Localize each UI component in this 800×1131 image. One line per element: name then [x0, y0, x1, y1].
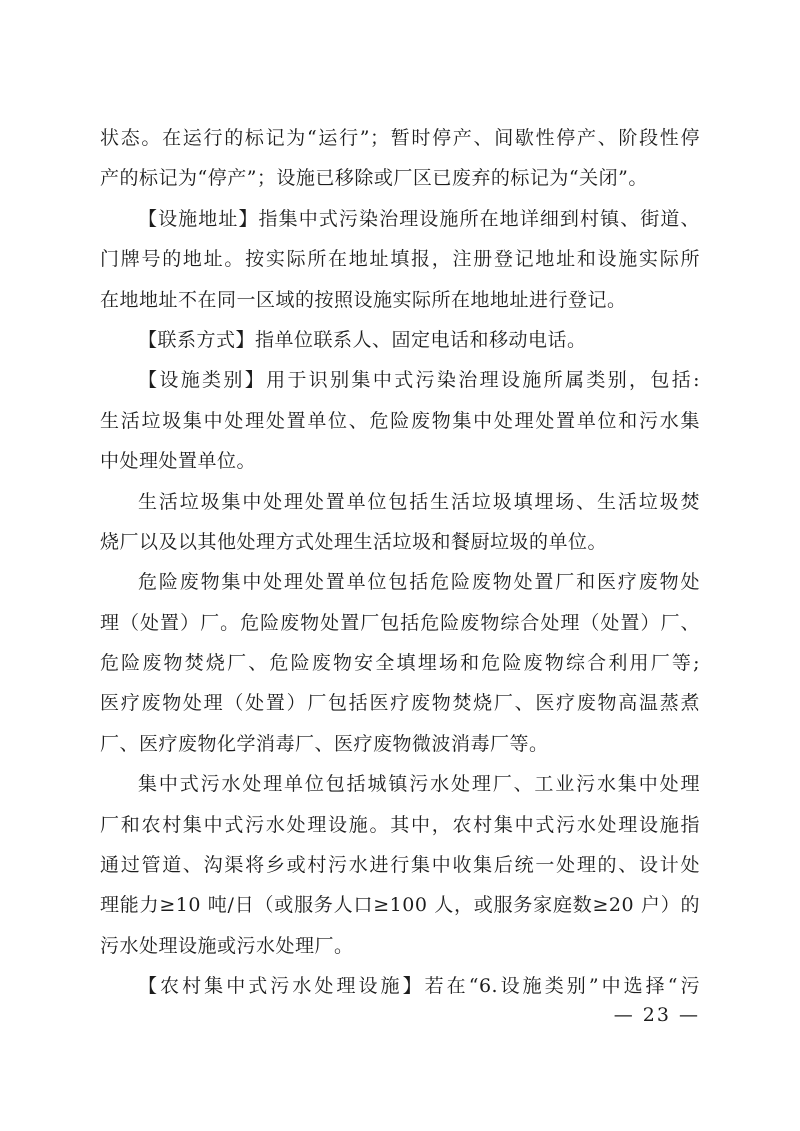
- body-line: 厂、医疗废物化学消毒厂、医疗废物微波消毒厂等。: [100, 724, 700, 764]
- body-line: 危险废物集中处理处置单位包括危险废物处置厂和医疗废物处: [100, 562, 700, 602]
- body-line: 通过管道、沟渠将乡或村污水进行集中收集后统一处理的、设计处: [100, 845, 700, 885]
- body-line: 【设施地址】指集中式污染治理设施所在地详细到村镇、街道、: [100, 199, 700, 239]
- body-line: 状态。在运行的标记为“运行”；暂时停产、间歇性停产、阶段性停: [100, 118, 700, 158]
- body-line: 【联系方式】指单位联系人、固定电话和移动电话。: [100, 320, 700, 360]
- body-line: 烧厂以及以其他处理方式处理生活垃圾和餐厨垃圾的单位。: [100, 522, 700, 562]
- body-line: 医疗废物处理（处置）厂包括医疗废物焚烧厂、医疗废物高温蒸煮: [100, 683, 700, 723]
- body-line: 集中式污水处理单位包括城镇污水处理厂、工业污水集中处理: [100, 764, 700, 804]
- body-text-block: 状态。在运行的标记为“运行”；暂时停产、间歇性停产、阶段性停 产的标记为“停产”…: [100, 118, 700, 1007]
- document-page: 状态。在运行的标记为“运行”；暂时停产、间歇性停产、阶段性停 产的标记为“停产”…: [0, 0, 800, 1131]
- body-line: 污水处理设施或污水处理厂。: [100, 926, 700, 966]
- body-line: 生活垃圾集中处理处置单位包括生活垃圾填埋场、生活垃圾焚: [100, 482, 700, 522]
- body-line: 危险废物焚烧厂、危险废物安全填埋场和危险废物综合利用厂等;: [100, 643, 700, 683]
- body-line: 产的标记为“停产”；设施已移除或厂区已废弃的标记为“关闭”。: [100, 158, 700, 198]
- page-number: — 23 —: [100, 1000, 700, 1030]
- body-line: 生活垃圾集中处理处置单位、危险废物集中处理处置单位和污水集: [100, 401, 700, 441]
- body-line: 【设施类别】用于识别集中式污染治理设施所属类别，包括:: [100, 360, 700, 400]
- body-line: 理（处置）厂。危险废物处置厂包括危险废物综合处理（处置）厂、: [100, 603, 700, 643]
- body-line: 厂和农村集中式污水处理设施。其中，农村集中式污水处理设施指: [100, 805, 700, 845]
- body-line: 门牌号的地址。按实际所在地址填报，注册登记地址和设施实际所: [100, 239, 700, 279]
- body-line: 理能力≥10 吨/日（或服务人口≥100 人，或服务家庭数≥20 户）的: [100, 885, 700, 925]
- body-line: 中处理处置单位。: [100, 441, 700, 481]
- body-line: 在地地址不在同一区域的按照设施实际所在地地址进行登记。: [100, 280, 700, 320]
